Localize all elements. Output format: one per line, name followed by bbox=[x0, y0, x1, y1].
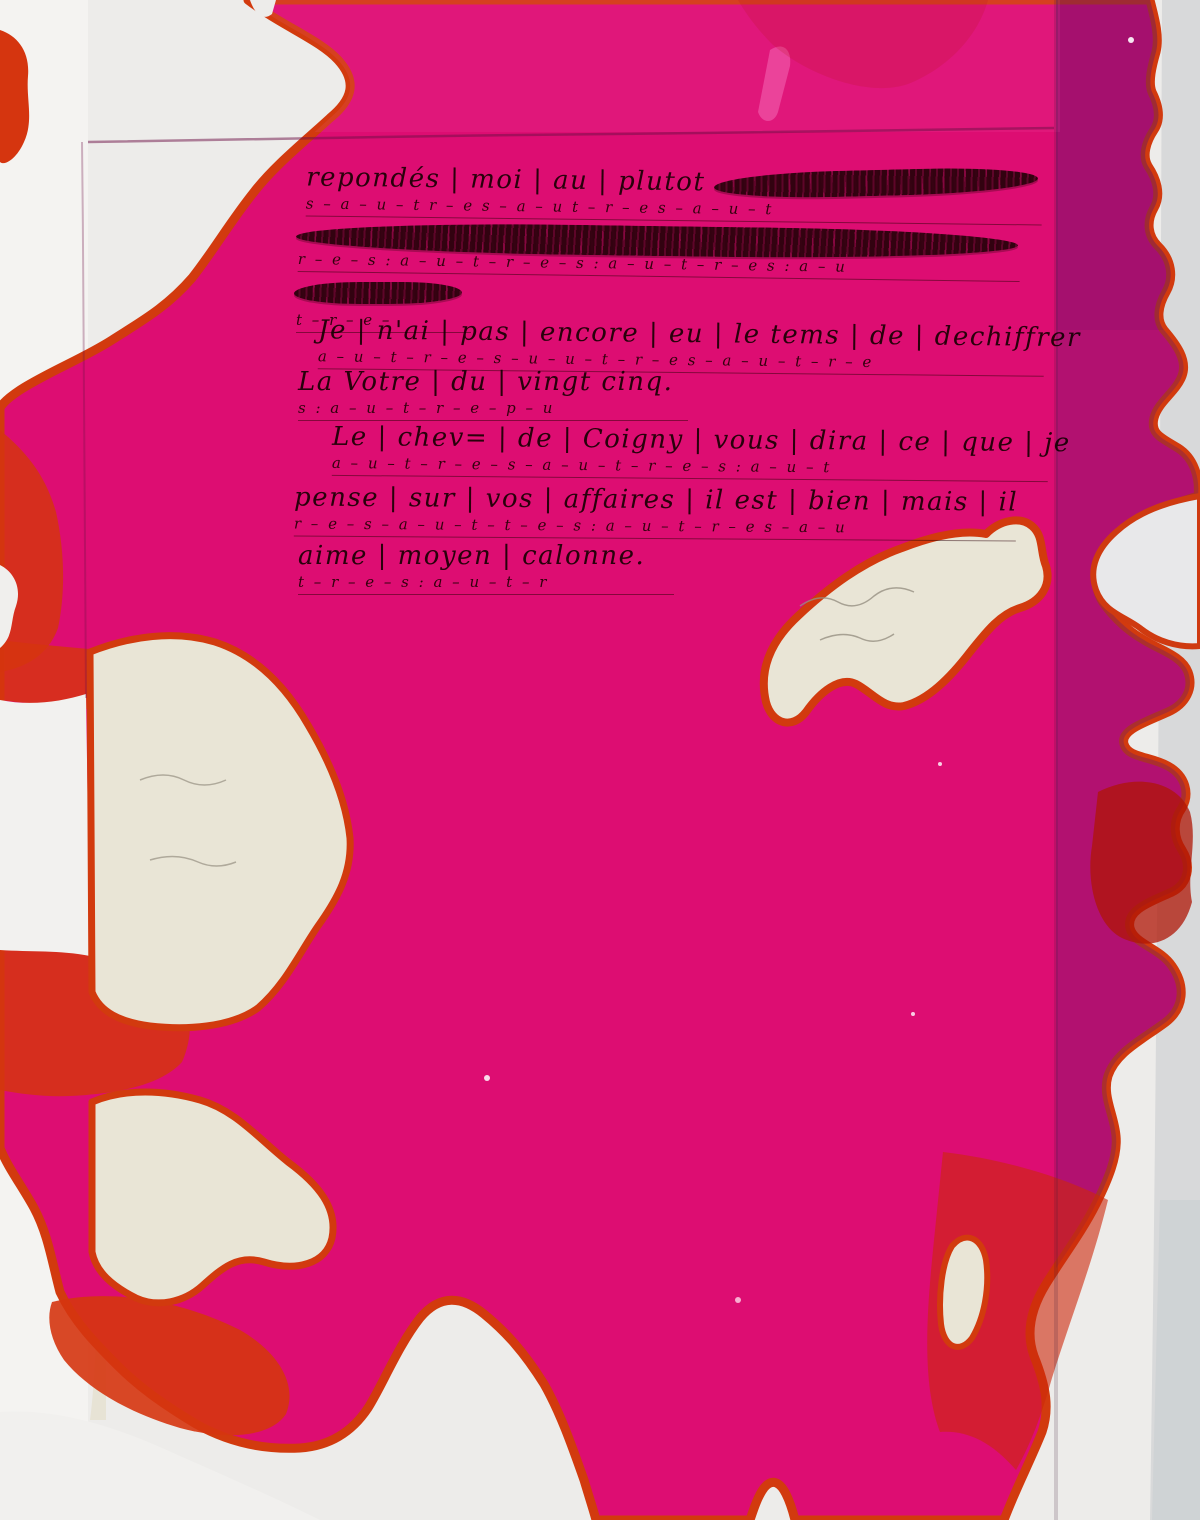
scanned-manuscript-page: repondés | moi | au | plutot s – a – u –… bbox=[0, 0, 1200, 1520]
manuscript-line-7: pense | sur | vos | affaires | il est | … bbox=[294, 481, 1016, 541]
line-5-cipher: s : a – u – t – r – e – p – u bbox=[298, 398, 688, 421]
manuscript-line-5: La Votre | du | vingt cinq. s : a – u – … bbox=[298, 366, 688, 421]
red-lobe-right bbox=[1090, 782, 1193, 944]
speckle-5 bbox=[1128, 37, 1134, 43]
line-7-words: pense | sur | vos | affaires | il est | … bbox=[294, 481, 1016, 518]
line-5-words: La Votre | du | vingt cinq. bbox=[298, 366, 688, 398]
speckle-1 bbox=[484, 1075, 490, 1081]
manuscript-line-6: Le | chev= | de | Coigny | vous | dira |… bbox=[332, 421, 1048, 482]
film-edge-line-right bbox=[1054, 0, 1058, 1520]
redaction-scribble-line-3 bbox=[294, 282, 462, 304]
speckle-2 bbox=[938, 762, 942, 766]
manuscript-line-8: aime | moyen | calonne. t – r – e – s : … bbox=[298, 540, 674, 595]
line-8-cipher: t – r – e – s : a – u – t – r bbox=[298, 572, 674, 595]
bottom-right-gray-corner bbox=[1152, 1200, 1200, 1520]
line-8-words: aime | moyen | calonne. bbox=[298, 540, 674, 572]
speckle-3 bbox=[911, 1012, 915, 1016]
speckle-4 bbox=[735, 1297, 741, 1303]
white-bay-left bbox=[0, 694, 90, 956]
